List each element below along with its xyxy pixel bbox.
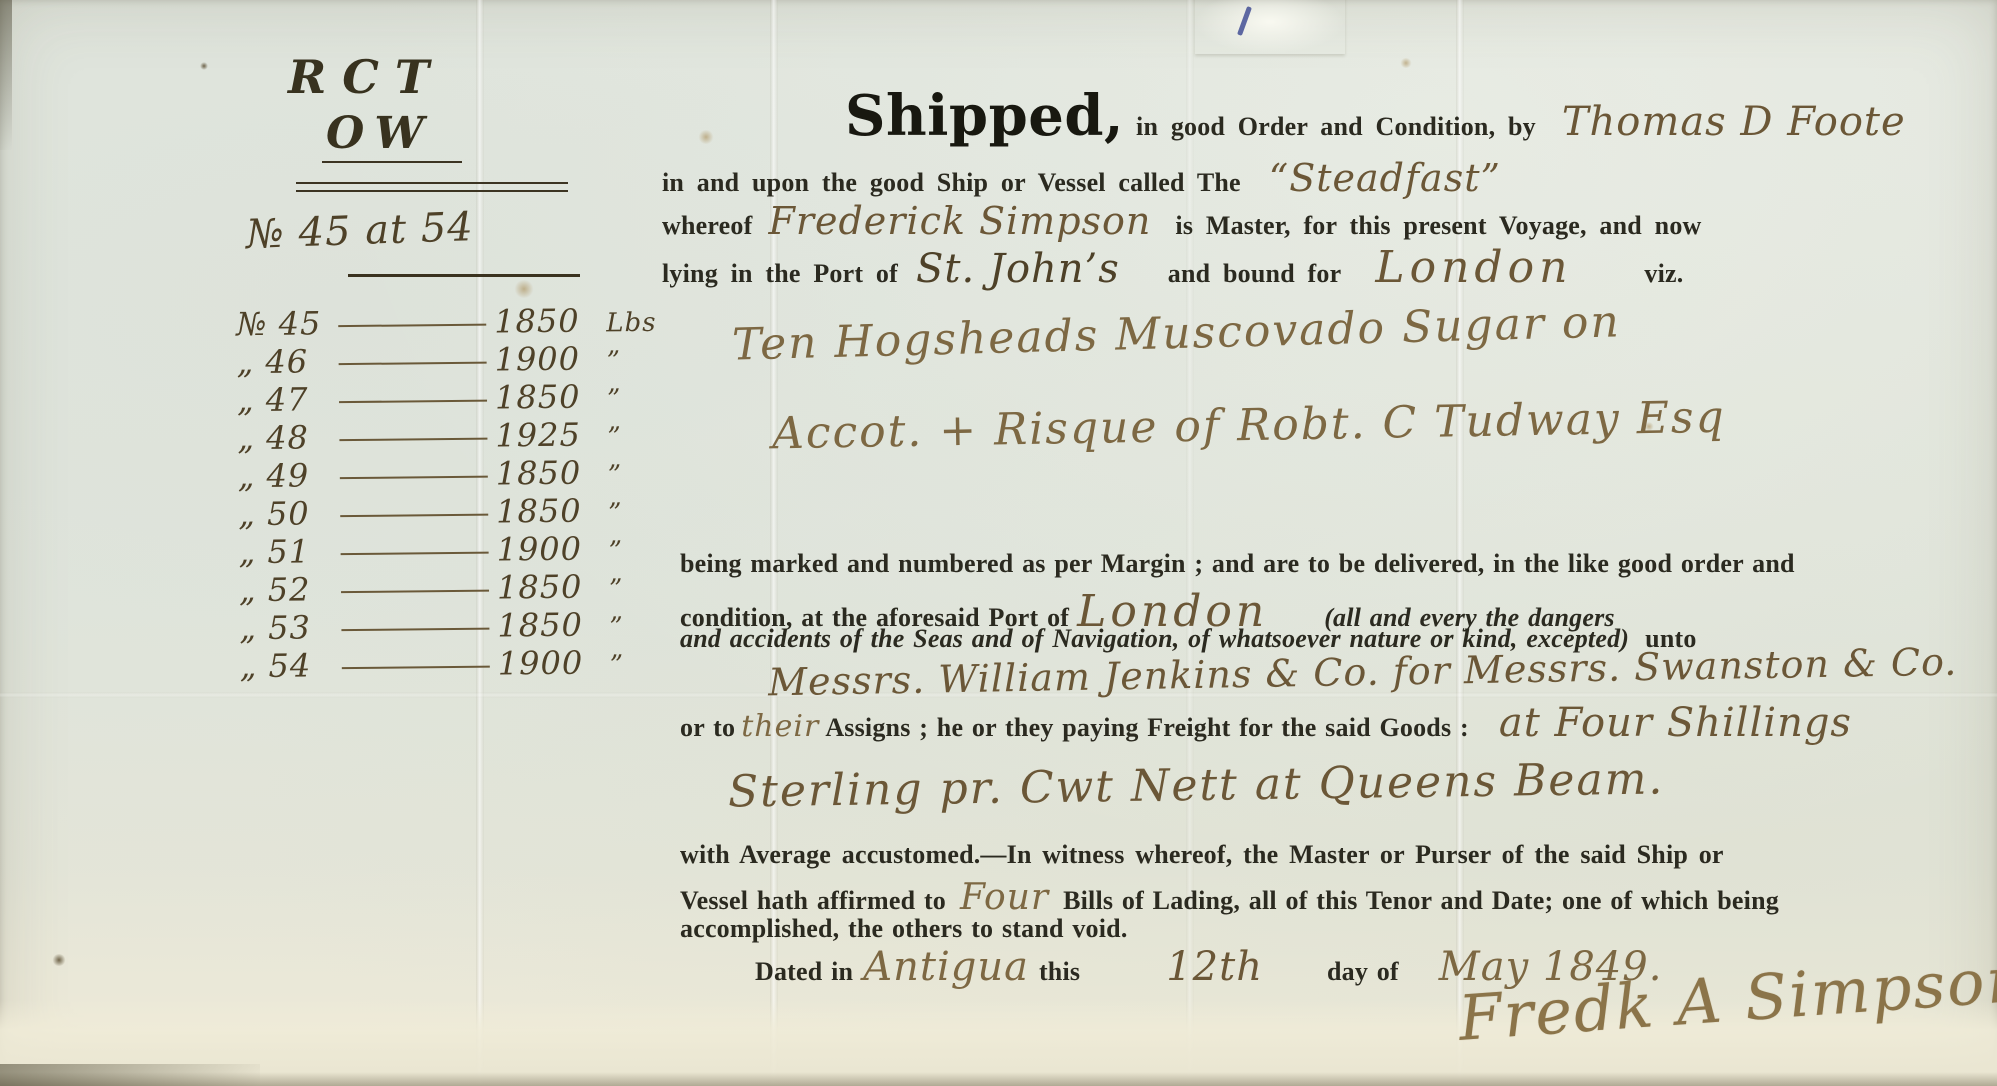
shipped-word: Shipped, xyxy=(845,88,1124,144)
package-number: „ 51 xyxy=(238,532,336,571)
weight-row: „ 491850” xyxy=(238,453,659,495)
margin-double-rule xyxy=(296,182,568,192)
weight-value: 1850 xyxy=(495,377,599,416)
paper-corner-shadow xyxy=(0,1064,260,1086)
dash-rule xyxy=(340,476,488,480)
weight-row: „ 511900” xyxy=(238,529,659,571)
bills-count-handwritten: Four xyxy=(960,877,1049,918)
dated-place-handwritten: Antigua xyxy=(863,944,1029,990)
weight-value: 1900 xyxy=(496,529,600,568)
destination-port-handwritten: London xyxy=(1375,242,1572,293)
weight-row: „ 521850” xyxy=(239,567,660,609)
package-number: „ 53 xyxy=(239,608,337,647)
stain xyxy=(514,280,534,298)
weight-value: 1850 xyxy=(497,605,601,644)
package-number: „ 50 xyxy=(238,494,336,533)
weight-unit: ” xyxy=(608,460,623,490)
dash-rule xyxy=(339,362,487,366)
stain xyxy=(1400,58,1412,68)
printed-line-3: whereof Frederick Simpson is Master, for… xyxy=(662,199,1702,243)
printed-text: lying in the Port of xyxy=(662,259,898,289)
package-number: „ 48 xyxy=(237,418,335,457)
printed-text: viz. xyxy=(1644,259,1683,289)
dash-rule xyxy=(338,324,486,328)
weight-value: 1850 xyxy=(494,301,598,340)
weight-unit: ” xyxy=(610,650,625,680)
weight-row: „ 531850” xyxy=(239,605,660,647)
dash-rule xyxy=(339,438,487,442)
dash-rule xyxy=(341,590,489,594)
cargo-account-handwritten: Accot. + Risque of Robt. C Tudway Esq xyxy=(772,392,1726,460)
package-number: „ 49 xyxy=(238,456,336,495)
printed-text: Assigns ; he or they paying Freight for … xyxy=(825,713,1469,743)
weight-row: № 451850Lbs xyxy=(236,301,657,343)
printed-text: Dated in xyxy=(755,957,853,987)
weight-unit: ” xyxy=(609,574,624,604)
weight-value: 1850 xyxy=(497,567,601,606)
their-handwritten: their xyxy=(741,709,819,744)
package-number: № 45 xyxy=(236,304,334,343)
dash-rule xyxy=(342,666,490,670)
weight-row: „ 461900” xyxy=(236,339,657,381)
stain xyxy=(200,62,208,70)
freight-rate-handwritten: at Four Shillings xyxy=(1499,700,1852,746)
dash-rule xyxy=(340,514,488,518)
package-number: „ 54 xyxy=(240,646,338,685)
dash-rule xyxy=(341,628,489,632)
printed-text: in good Order and Condition, by xyxy=(1136,112,1536,142)
delivery-paragraph-line-1: being marked and numbered as per Margin … xyxy=(680,549,1795,579)
shipper-name-handwritten: Thomas D Foote xyxy=(1562,99,1906,145)
witness-paragraph-line-3: accomplished, the others to stand void. xyxy=(680,914,1128,944)
weight-row: „ 481925” xyxy=(237,415,658,457)
printed-text: Vessel hath affirmed to xyxy=(680,886,946,916)
margin-number-range: № 45 at 54 xyxy=(245,204,474,258)
vessel-name-handwritten: “Steadfast” xyxy=(1269,156,1501,200)
paper-left-edge xyxy=(0,0,12,150)
stain xyxy=(698,130,714,144)
weight-unit: ” xyxy=(608,498,623,528)
weight-row: „ 541900” xyxy=(240,643,661,685)
cargo-description-handwritten: Ten Hogsheads Muscovado Sugar on xyxy=(731,296,1621,370)
printed-line-4: lying in the Port of St. John’s and boun… xyxy=(662,242,1683,293)
stain xyxy=(52,954,66,966)
printed-line-1: Shipped, in good Order and Condition, by… xyxy=(845,88,1906,145)
printed-text: this xyxy=(1039,957,1080,987)
printed-text: in and upon the good Ship or Vessel call… xyxy=(662,168,1241,198)
paper-tear xyxy=(1195,0,1345,54)
package-number: „ 52 xyxy=(239,570,337,609)
paper-bottom-edge-shadow xyxy=(0,1072,1997,1086)
margin-range-rule xyxy=(348,274,580,277)
weight-value: 1850 xyxy=(496,453,600,492)
weight-value: 1900 xyxy=(498,643,602,682)
weight-row: „ 471850” xyxy=(237,377,658,419)
bill-of-lading-document: RCT OW № 45 at 54 № 451850Lbs „ 461900” … xyxy=(0,0,1997,1086)
printed-text: being marked and numbered as per Margin … xyxy=(680,549,1795,579)
weight-unit: ” xyxy=(609,612,624,642)
weight-row: „ 501850” xyxy=(238,491,659,533)
printed-text: whereof xyxy=(662,211,752,241)
dated-day-handwritten: 12th xyxy=(1166,944,1263,990)
printed-text: or to xyxy=(680,713,735,743)
printed-text: accomplished, the others to stand void. xyxy=(680,914,1128,944)
weight-value: 1900 xyxy=(494,339,598,378)
witness-paragraph-line-1: with Average accustomed.—In witness wher… xyxy=(680,840,1724,870)
weight-unit: Lbs xyxy=(606,308,657,339)
margin-mark-initials: RCT xyxy=(288,50,445,104)
weight-unit: ” xyxy=(608,536,623,566)
witness-paragraph-line-2: Vessel hath affirmed to Four Bills of La… xyxy=(680,877,1779,918)
weight-value: 1925 xyxy=(495,415,599,454)
package-number: „ 46 xyxy=(236,342,334,381)
dash-rule xyxy=(339,400,487,404)
weights-list: № 451850Lbs „ 461900” „ 471850” „ 481925… xyxy=(236,301,660,685)
delivery-paragraph-line-4: or to their Assigns ; he or they paying … xyxy=(680,700,1852,746)
package-number: „ 47 xyxy=(237,380,335,419)
weight-unit: ” xyxy=(607,384,622,414)
printed-text: is Master, for this present Voyage, and … xyxy=(1175,211,1701,241)
dash-rule xyxy=(341,552,489,556)
port-of-lading-handwritten: St. John’s xyxy=(916,246,1120,292)
printed-line-2: in and upon the good Ship or Vessel call… xyxy=(662,156,1501,200)
weight-unit: ” xyxy=(606,346,621,376)
printed-text: and bound for xyxy=(1168,259,1342,289)
weight-unit: ” xyxy=(607,422,622,452)
printed-text: with Average accustomed.—In witness wher… xyxy=(680,840,1724,870)
master-name-handwritten: Frederick Simpson xyxy=(768,199,1151,243)
freight-terms-handwritten: Sterling pr. Cwt Nett at Queens Beam. xyxy=(728,753,1665,817)
weight-value: 1850 xyxy=(496,491,600,530)
margin-mark-initials-2: OW xyxy=(322,108,462,163)
printed-text: Bills of Lading, all of this Tenor and D… xyxy=(1063,886,1779,916)
printed-text: day of xyxy=(1327,957,1399,987)
